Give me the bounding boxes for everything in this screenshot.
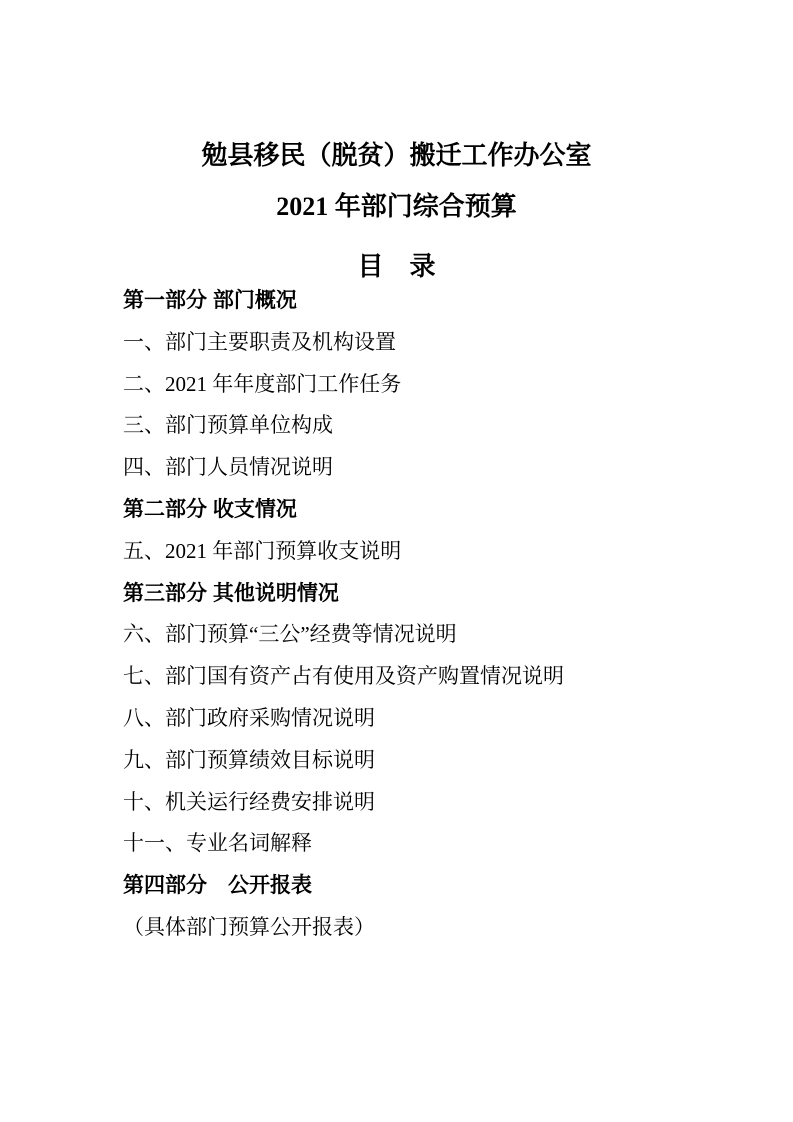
toc-entry-item: 九、部门预算绩效目标说明 [123, 740, 733, 782]
toc-entry-section: 第四部分 公开报表 [123, 865, 733, 907]
document-title: 勉县移民（脱贫）搬迁工作办公室 [0, 0, 793, 171]
document-subtitle: 2021 年部门综合预算 [0, 192, 793, 222]
toc-entry-note: （具体部门预算公开报表） [123, 907, 733, 949]
toc-entry-item: 六、部门预算“三公”经费等情况说明 [123, 614, 733, 656]
toc-entry-section: 第一部分 部门概况 [123, 280, 733, 322]
toc-entry-item: 一、部门主要职责及机构设置 [123, 322, 733, 364]
toc-entry-item: 十、机关运行经费安排说明 [123, 782, 733, 824]
toc-entry-item: 三、部门预算单位构成 [123, 405, 733, 447]
document-page: 勉县移民（脱贫）搬迁工作办公室 2021 年部门综合预算 目 录 第一部分 部门… [0, 0, 793, 1122]
toc-entry-item: 十一、专业名词解释 [123, 823, 733, 865]
toc-entry-section: 第二部分 收支情况 [123, 489, 733, 531]
toc-entry-item: 四、部门人员情况说明 [123, 447, 733, 489]
toc-entry-item: 八、部门政府采购情况说明 [123, 698, 733, 740]
toc-entry-item: 七、部门国有资产占有使用及资产购置情况说明 [123, 656, 733, 698]
toc-entry-section: 第三部分 其他说明情况 [123, 573, 733, 615]
toc-list: 第一部分 部门概况一、部门主要职责及机构设置二、2021 年年度部门工作任务三、… [0, 280, 793, 949]
toc-heading: 目 录 [0, 252, 793, 282]
toc-entry-item: 五、2021 年部门预算收支说明 [123, 531, 733, 573]
toc-entry-item: 二、2021 年年度部门工作任务 [123, 364, 733, 406]
